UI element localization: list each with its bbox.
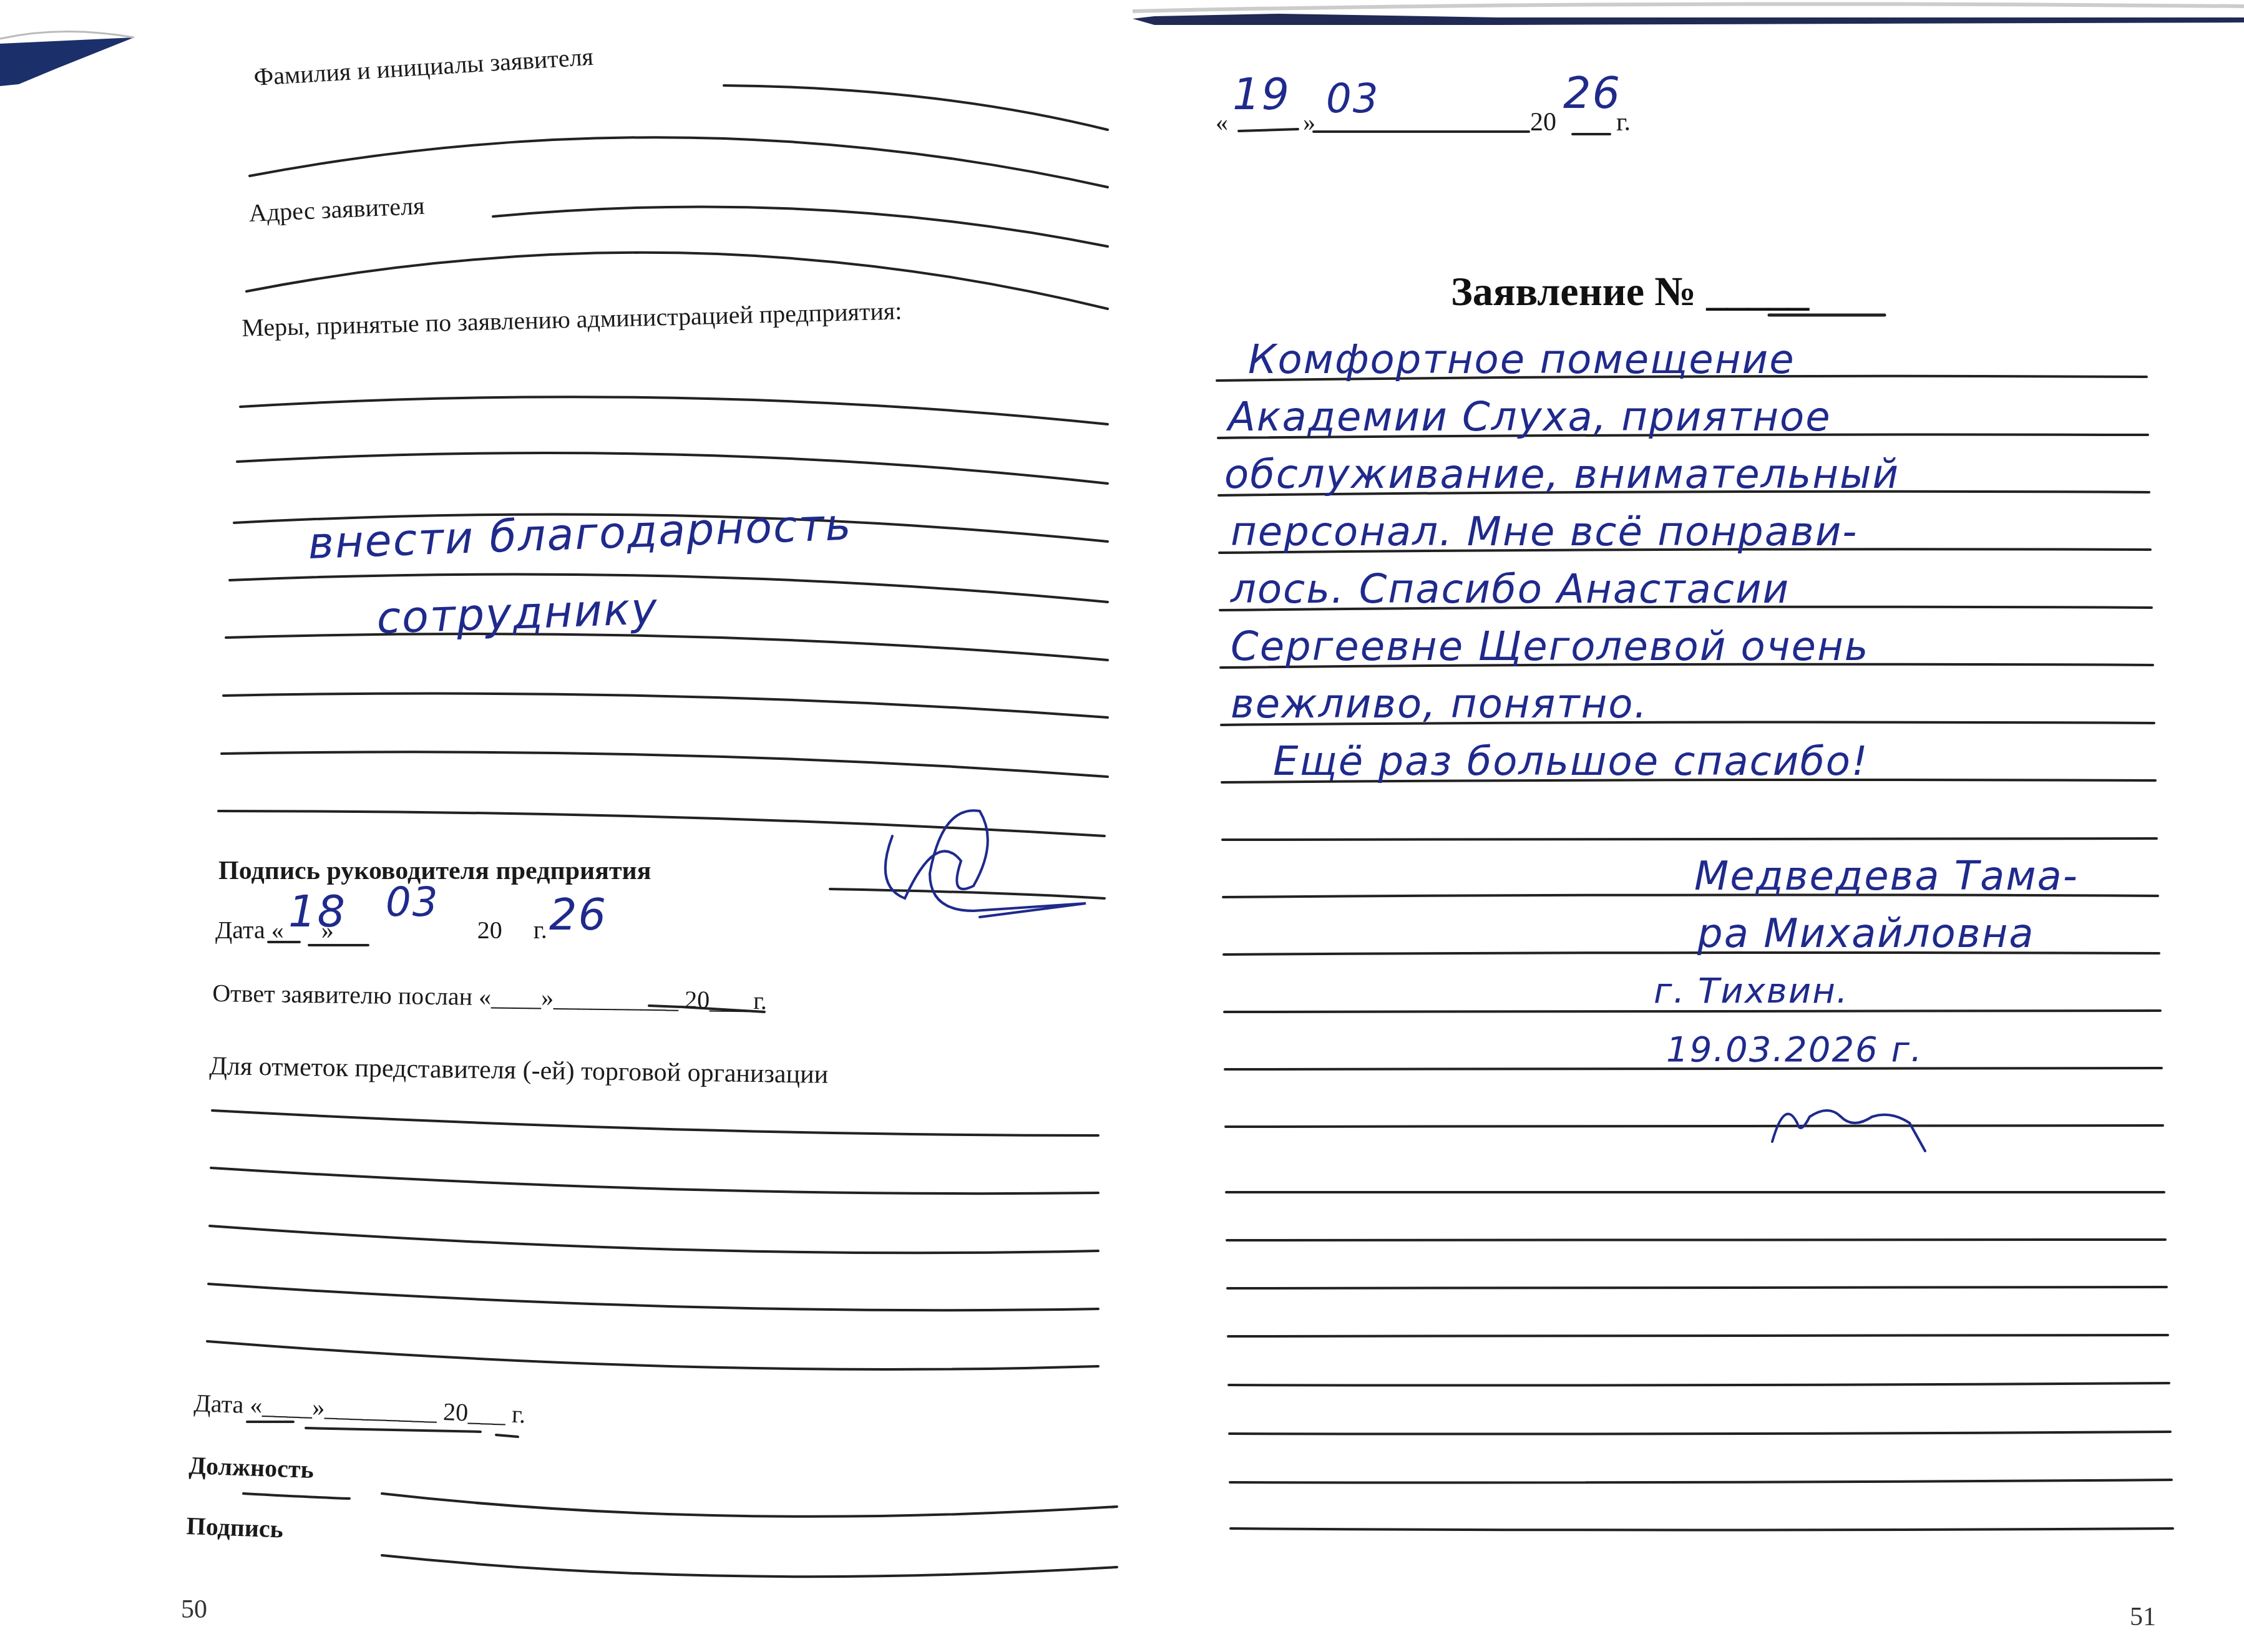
- body-line: Академии Слуха, приятное: [1228, 394, 1832, 440]
- right-page-number: 51: [2130, 1602, 2156, 1632]
- signoff-city: г. Тихвин.: [1654, 971, 1849, 1011]
- left-page: [0, 0, 1117, 1652]
- body-line: обслуживание, внимательный: [1224, 452, 1900, 498]
- top-date-year-suffix: г.: [1616, 107, 1631, 137]
- date-year-suffix: г.: [534, 916, 547, 944]
- right-page: [1117, 0, 2244, 1652]
- signoff-date: 19.03.2026 г.: [1666, 1029, 1923, 1070]
- body-line: Ещё раз большое спасибо!: [1273, 739, 1869, 785]
- top-date-month[interactable]: 03: [1326, 76, 1379, 122]
- signoff-name-line-2: ра Михайловна: [1697, 911, 2035, 957]
- statement-title: Заявление № _____: [1451, 268, 1809, 316]
- date-prefix: Дата «: [215, 916, 284, 944]
- top-date-day[interactable]: 19: [1232, 69, 1290, 120]
- date-year-handwritten[interactable]: 26: [549, 889, 607, 940]
- signoff-name-line-1: Медведева Тама-: [1694, 853, 2079, 900]
- top-date-open-quote: «: [1216, 107, 1228, 137]
- date-day-handwritten[interactable]: 18: [288, 886, 346, 937]
- date-month-handwritten[interactable]: 03: [386, 880, 439, 926]
- body-line: вежливо, понятно.: [1231, 681, 1648, 727]
- signature-label: Подпись: [186, 1511, 284, 1543]
- body-line: Сергеевне Щеголевой очень: [1231, 624, 1870, 670]
- body-line: лось. Спасибо Анастасии: [1231, 566, 1790, 613]
- left-page-number: 50: [181, 1595, 207, 1625]
- date-year-prefix: 20: [477, 916, 502, 944]
- date-label: Дата «»20г.: [215, 915, 547, 945]
- top-date-year[interactable]: 26: [1563, 67, 1621, 119]
- position-label: Должность: [188, 1450, 315, 1484]
- body-line: Комфортное помещение: [1248, 337, 1795, 383]
- body-line: персонал. Мне всё понрави-: [1231, 509, 1858, 555]
- top-date-year-prefix: 20: [1530, 107, 1556, 137]
- measures-handwritten-line-2: сотруднику: [376, 583, 659, 644]
- top-date-close-quote: »: [1303, 107, 1315, 137]
